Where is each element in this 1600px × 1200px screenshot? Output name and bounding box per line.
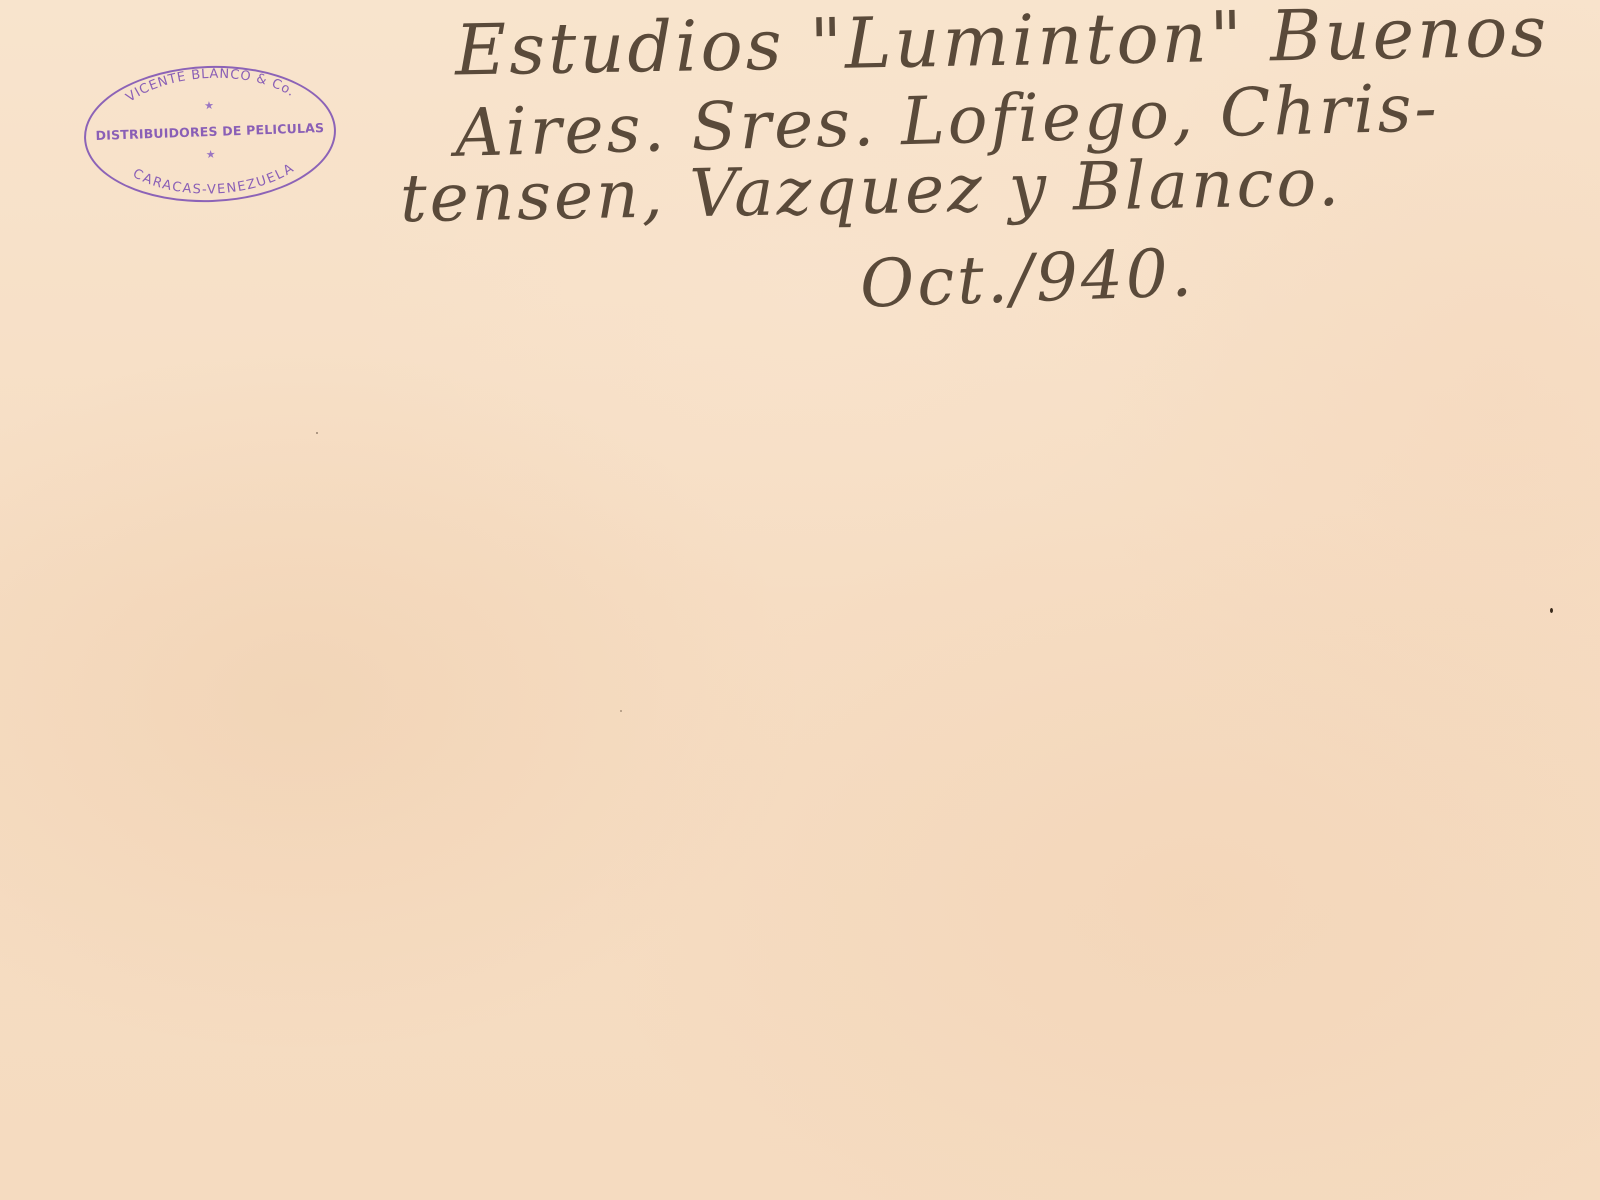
handwritten-date: Oct./940.: [859, 234, 1196, 323]
handwritten-line: tensen, Vazquez y Blanco.: [399, 144, 1342, 237]
handwritten-note: Estudios "Luminton" Buenos Aires. Sres. …: [0, 0, 1600, 1200]
